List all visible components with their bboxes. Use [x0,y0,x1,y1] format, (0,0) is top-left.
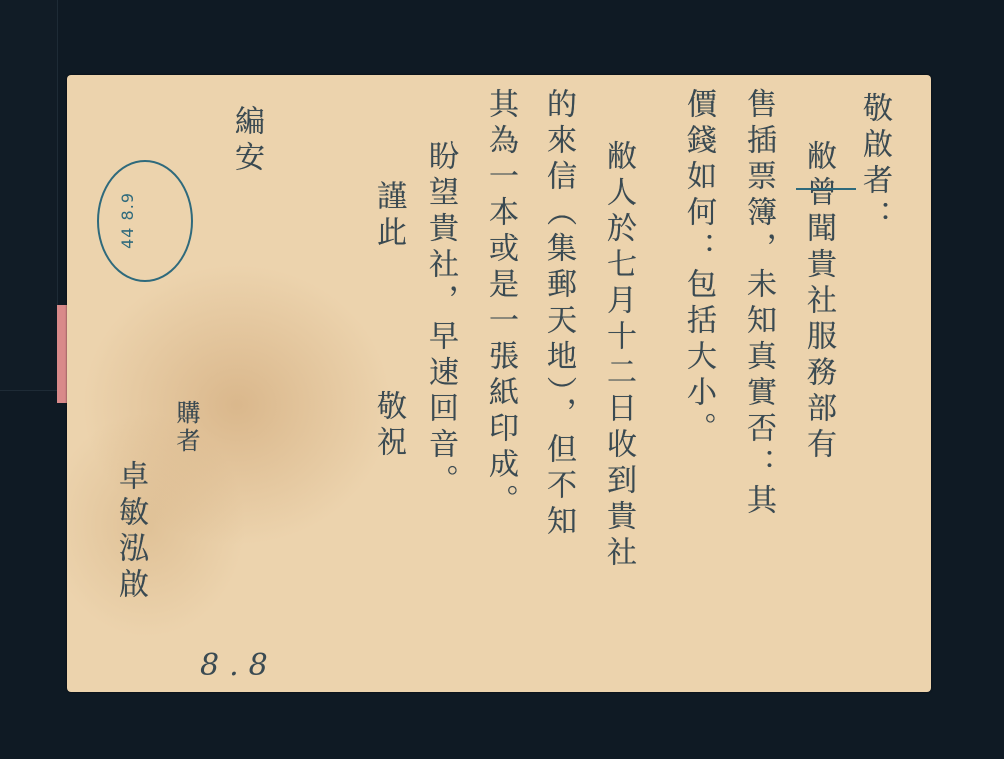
letter-column-7: 盼望貴社，早速回音。 [422,140,458,500]
ink-correction-mark [796,188,856,190]
backing-panel [0,0,58,391]
letter-column-5: 的來信（集郵天地），但不知 [540,88,576,541]
postmark-date: 44 8.9 [119,192,179,249]
closing-column: 謹此 [370,180,406,252]
letter-column-2: 售插票簿，未知真實否：其 [740,88,776,520]
letter-column-4: 敝人於七月十二日收到貴社 [600,140,636,572]
regards-column: 敬祝 [370,390,406,462]
postmark-stamp: 44 8.9 [97,160,193,282]
letter-column-6: 其為一本或是一張紙印成。 [482,88,518,520]
signature-column: 卓敏泓啟 [112,460,148,604]
letter-column-3: 價錢如何：包括大小。 [680,88,716,448]
date-note: 8.8 [200,648,278,683]
salutation-column: 敬啟者： [856,92,892,236]
buyer-label-column: 購者 [168,400,204,456]
editor-greeting-column: 編安 [228,105,264,177]
